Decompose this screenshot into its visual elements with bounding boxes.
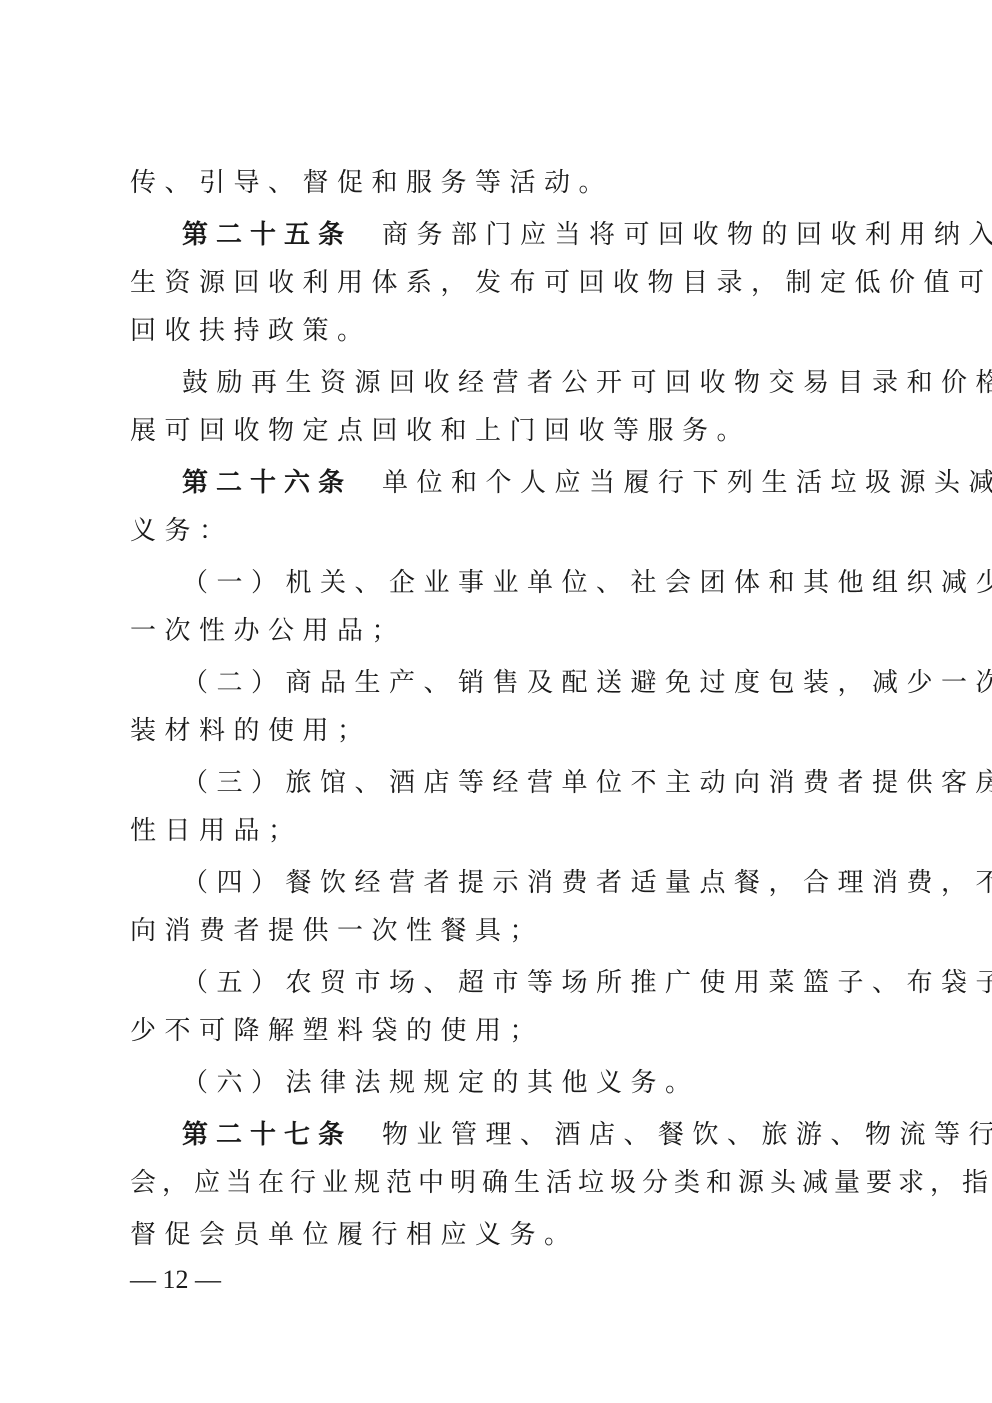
text-line: 回收扶持政策。: [130, 311, 864, 351]
text-line: 一次性办公用品；: [130, 611, 864, 651]
list-item-1: （一）机关、企业事业单位、社会团体和其他组织减少使用: [130, 563, 864, 603]
article-text: 商务部门应当将可回收物的回收利用纳入再: [382, 220, 992, 250]
text-line: 会，应当在行业规范中明确生活垃圾分类和源头减量要求，指导、: [130, 1163, 864, 1203]
list-item-6: （六）法律法规规定的其他义务。: [130, 1063, 864, 1103]
page-number: — 12 —: [130, 1260, 221, 1300]
text-line: 展可回收物定点回收和上门回收等服务。: [130, 411, 864, 451]
text-line: 少不可降解塑料袋的使用；: [130, 1011, 864, 1051]
article-heading: 第二十五条: [182, 220, 352, 250]
document-page: 传、引导、督促和服务等活动。 第二十五条商务部门应当将可回收物的回收利用纳入再 …: [0, 0, 992, 1403]
article-heading: 第二十七条: [182, 1120, 352, 1150]
text-line: 督促会员单位履行相应义务。: [130, 1215, 864, 1255]
article-text: 物业管理、酒店、餐饮、旅游、物流等行业协: [382, 1120, 992, 1150]
list-item-4: （四）餐饮经营者提示消费者适量点餐，合理消费，不主动: [130, 863, 864, 903]
article-26-first-line: 第二十六条单位和个人应当履行下列生活垃圾源头减量: [130, 463, 864, 503]
article-heading: 第二十六条: [182, 468, 352, 498]
text-line: 生资源回收利用体系，发布可回收物目录，制定低价值可回收物: [130, 263, 864, 303]
article-text: 单位和个人应当履行下列生活垃圾源头减量: [382, 468, 992, 498]
text-line: 向消费者提供一次性餐具；: [130, 911, 864, 951]
text-line: 鼓励再生资源回收经营者公开可回收物交易目录和价格，开: [130, 363, 864, 403]
article-27-first-line: 第二十七条物业管理、酒店、餐饮、旅游、物流等行业协: [130, 1115, 864, 1155]
article-25-first-line: 第二十五条商务部门应当将可回收物的回收利用纳入再: [130, 215, 864, 255]
list-item-5: （五）农贸市场、超市等场所推广使用菜篮子、布袋子，减: [130, 963, 864, 1003]
text-line: 装材料的使用；: [130, 711, 864, 751]
text-line: 义务：: [130, 511, 864, 551]
text-line: 传、引导、督促和服务等活动。: [130, 163, 864, 203]
list-item-2: （二）商品生产、销售及配送避免过度包装，减少一次性包: [130, 663, 864, 703]
list-item-3: （三）旅馆、酒店等经营单位不主动向消费者提供客房一次: [130, 763, 864, 803]
text-line: 性日用品；: [130, 811, 864, 851]
